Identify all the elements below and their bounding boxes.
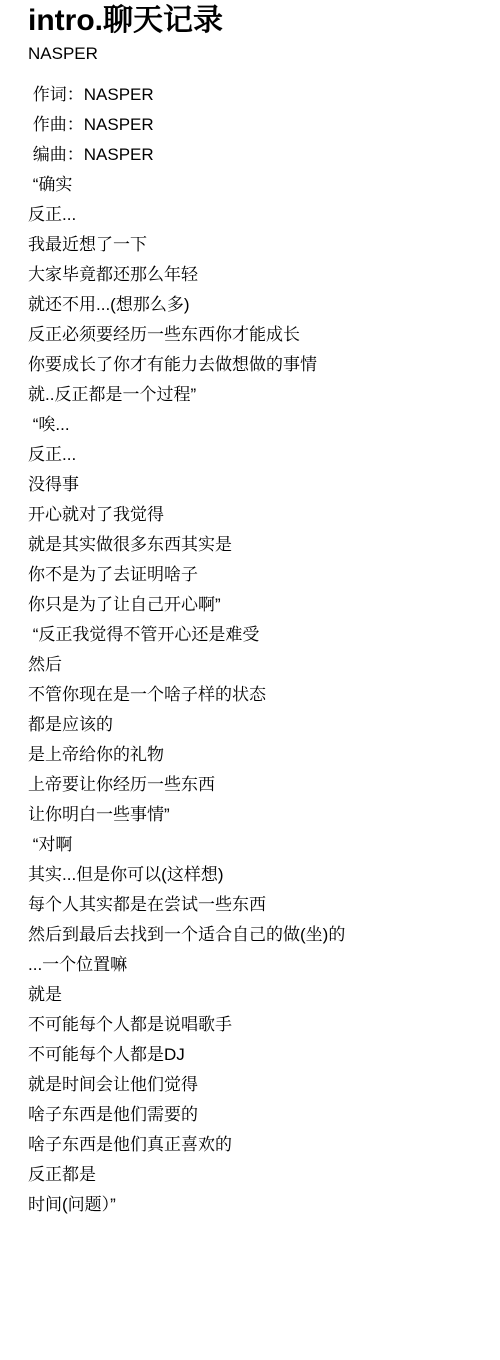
lyric-line: 每个人其实都是在尝试一些东西	[28, 890, 490, 920]
lyric-line: 你只是为了让自己开心啊”	[28, 590, 490, 620]
lyric-line: 不可能每个人都是DJ	[28, 1040, 490, 1070]
lyric-line: 其实...但是你可以(这样想)	[28, 860, 490, 890]
lyric-line: “对啊	[28, 830, 490, 860]
lyric-line: 就还不用...(想那么多)	[28, 290, 490, 320]
lyric-line: 就是时间会让他们觉得	[28, 1070, 490, 1100]
credits-block: 作词：NASPER 作曲：NASPER 编曲：NASPER	[28, 80, 490, 170]
lyric-line: 上帝要让你经历一些东西	[28, 770, 490, 800]
lyric-line: 就..反正都是一个过程”	[28, 380, 490, 410]
lyric-line: 然后	[28, 650, 490, 680]
lyric-line: 你不是为了去证明啥子	[28, 560, 490, 590]
lyric-line: 反正...	[28, 440, 490, 470]
lyric-line: 没得事	[28, 470, 490, 500]
lyric-line: 你要成长了你才有能力去做想做的事情	[28, 350, 490, 380]
lyric-line: 时间(问题）”	[28, 1190, 490, 1220]
artist-name: NASPER	[28, 40, 490, 68]
lyric-line: 不管你现在是一个啥子样的状态	[28, 680, 490, 710]
lyric-line: 反正...	[28, 200, 490, 230]
lyric-line: 我最近想了一下	[28, 230, 490, 260]
lyric-line: 让你明白一些事情”	[28, 800, 490, 830]
credit-line: 作词：NASPER	[28, 80, 490, 110]
lyric-line: 啥子东西是他们真正喜欢的	[28, 1130, 490, 1160]
lyric-line: 开心就对了我觉得	[28, 500, 490, 530]
lyric-line: “唉...	[28, 410, 490, 440]
lyric-line: 啥子东西是他们需要的	[28, 1100, 490, 1130]
song-title: intro.聊天记录	[28, 2, 490, 40]
lyric-line: “反正我觉得不管开心还是难受	[28, 620, 490, 650]
lyric-line: 然后到最后去找到一个适合自己的做(坐)的	[28, 920, 490, 950]
lyrics-block: “确实反正...我最近想了一下大家毕竟都还那么年轻就还不用...(想那么多)反正…	[28, 170, 490, 1220]
lyric-line: 就是其实做很多东西其实是	[28, 530, 490, 560]
lyric-line: “确实	[28, 170, 490, 200]
lyric-line: 反正都是	[28, 1160, 490, 1190]
lyric-line: 大家毕竟都还那么年轻	[28, 260, 490, 290]
lyrics-page: intro.聊天记录 NASPER 作词：NASPER 作曲：NASPER 编曲…	[0, 0, 500, 1220]
lyric-line: 就是	[28, 980, 490, 1010]
lyric-line: 反正必须要经历一些东西你才能成长	[28, 320, 490, 350]
lyric-line: 是上帝给你的礼物	[28, 740, 490, 770]
credit-line: 作曲：NASPER	[28, 110, 490, 140]
credit-line: 编曲：NASPER	[28, 140, 490, 170]
lyric-line: 不可能每个人都是说唱歌手	[28, 1010, 490, 1040]
lyric-line: 都是应该的	[28, 710, 490, 740]
lyric-line: ...一个位置嘛	[28, 950, 490, 980]
